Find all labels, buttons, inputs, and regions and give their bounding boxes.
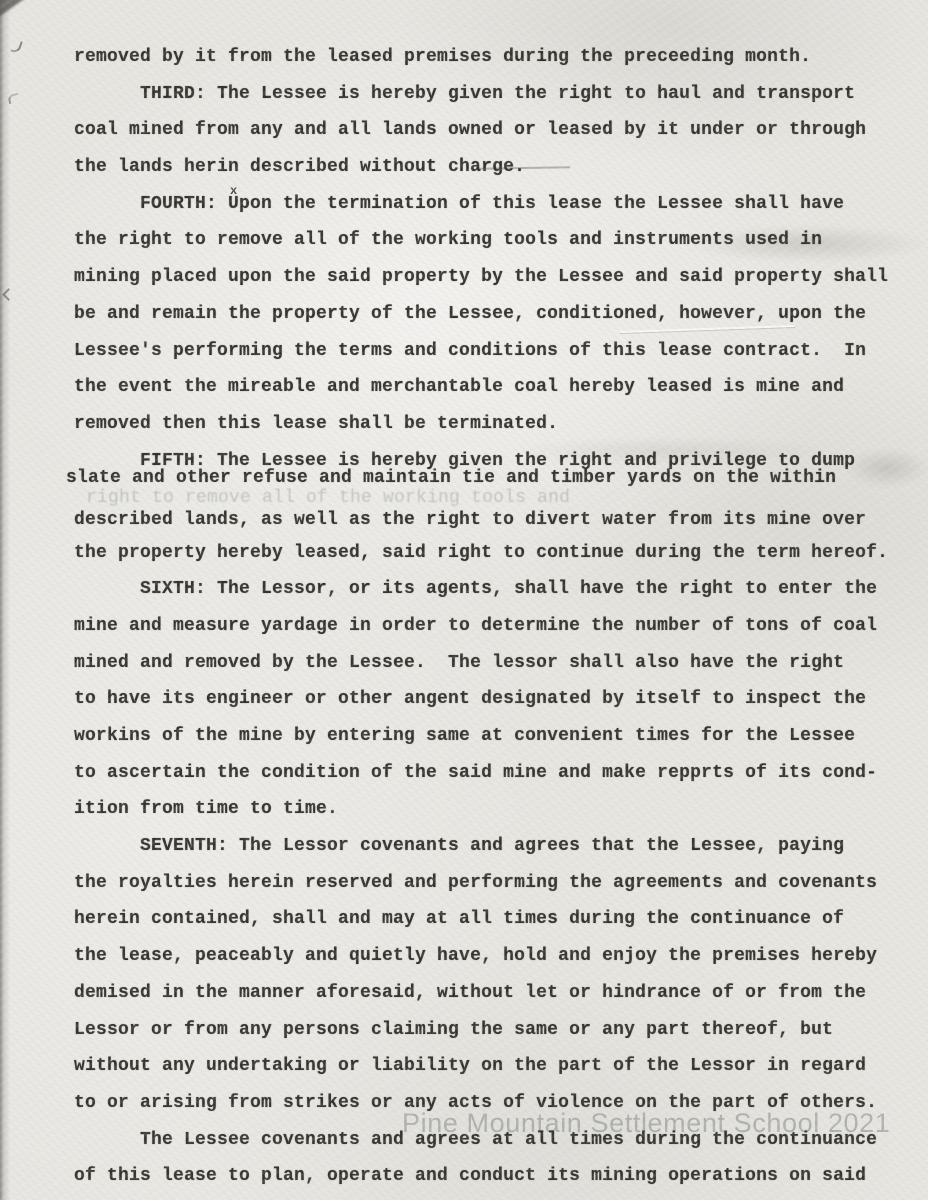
document-line: without any undertaking or liability on … <box>74 1055 898 1077</box>
document-line: the royalties herein reserved and perfor… <box>74 872 898 894</box>
scan-corner-fold <box>0 0 31 20</box>
document-line: workins of the mine by entering same at … <box>74 725 898 747</box>
document-line: herein contained, shall and may at all t… <box>74 908 898 930</box>
document-line: slate and other refuse and maintain tie … <box>66 467 898 489</box>
scanned-document-page: x Pine Mountain Settlement School 2021 r… <box>0 0 928 1200</box>
document-line: to or arising from strikes or any acts o… <box>74 1092 898 1114</box>
document-line: be and remain the property of the Lessee… <box>74 303 898 325</box>
document-line: Lessor or from any persons claiming the … <box>74 1019 898 1041</box>
document-line: removed then this lease shall be termina… <box>74 413 898 435</box>
document-line: ition from time to time. <box>74 798 898 820</box>
document-line: demised in the manner aforesaid, without… <box>74 982 898 1004</box>
document-line: of this lease to plan, operate and condu… <box>74 1165 898 1187</box>
scan-edge-shadow <box>0 0 10 1200</box>
document-line: described lands, as well as the right to… <box>74 509 898 531</box>
typed-correction-mark: x <box>230 184 237 198</box>
document-line: the right to remove all of the working t… <box>74 229 898 251</box>
document-line: Lessee's performing the terms and condit… <box>74 340 898 362</box>
document-line: the lease, peaceably and quietly have, h… <box>74 945 898 967</box>
document-line: SEVENTH: The Lessor covenants and agrees… <box>74 835 898 857</box>
document-line: mining placed upon the said property by … <box>74 266 898 288</box>
document-line: SIXTH: The Lessor, or its agents, shall … <box>74 578 898 600</box>
document-line: to ascertain the condition of the said m… <box>74 762 898 784</box>
document-line: the property hereby leased, said right t… <box>74 542 898 564</box>
pen-mark-artifact <box>10 39 23 54</box>
ghost-line: right to remove all of the working tools… <box>86 487 898 509</box>
document-lines: removed by it from the leased premises d… <box>74 46 898 1200</box>
document-line: to have its engineer or other angent des… <box>74 688 898 710</box>
document-line: coal mined from any and all lands owned … <box>74 119 898 141</box>
document-line: removed by it from the leased premises d… <box>74 46 898 68</box>
document-line: FOURTH: Upon the termination of this lea… <box>74 193 898 215</box>
document-line: the event the mireable and merchantable … <box>74 376 898 398</box>
document-line: mine and measure yardage in order to det… <box>74 615 898 637</box>
document-line: The Lessee covenants and agrees at all t… <box>74 1129 898 1151</box>
document-line: the lands herin described without charge… <box>74 156 898 178</box>
document-line: THIRD: The Lessee is hereby given the ri… <box>74 83 898 105</box>
document-line: mined and removed by the Lessee. The les… <box>74 652 898 674</box>
